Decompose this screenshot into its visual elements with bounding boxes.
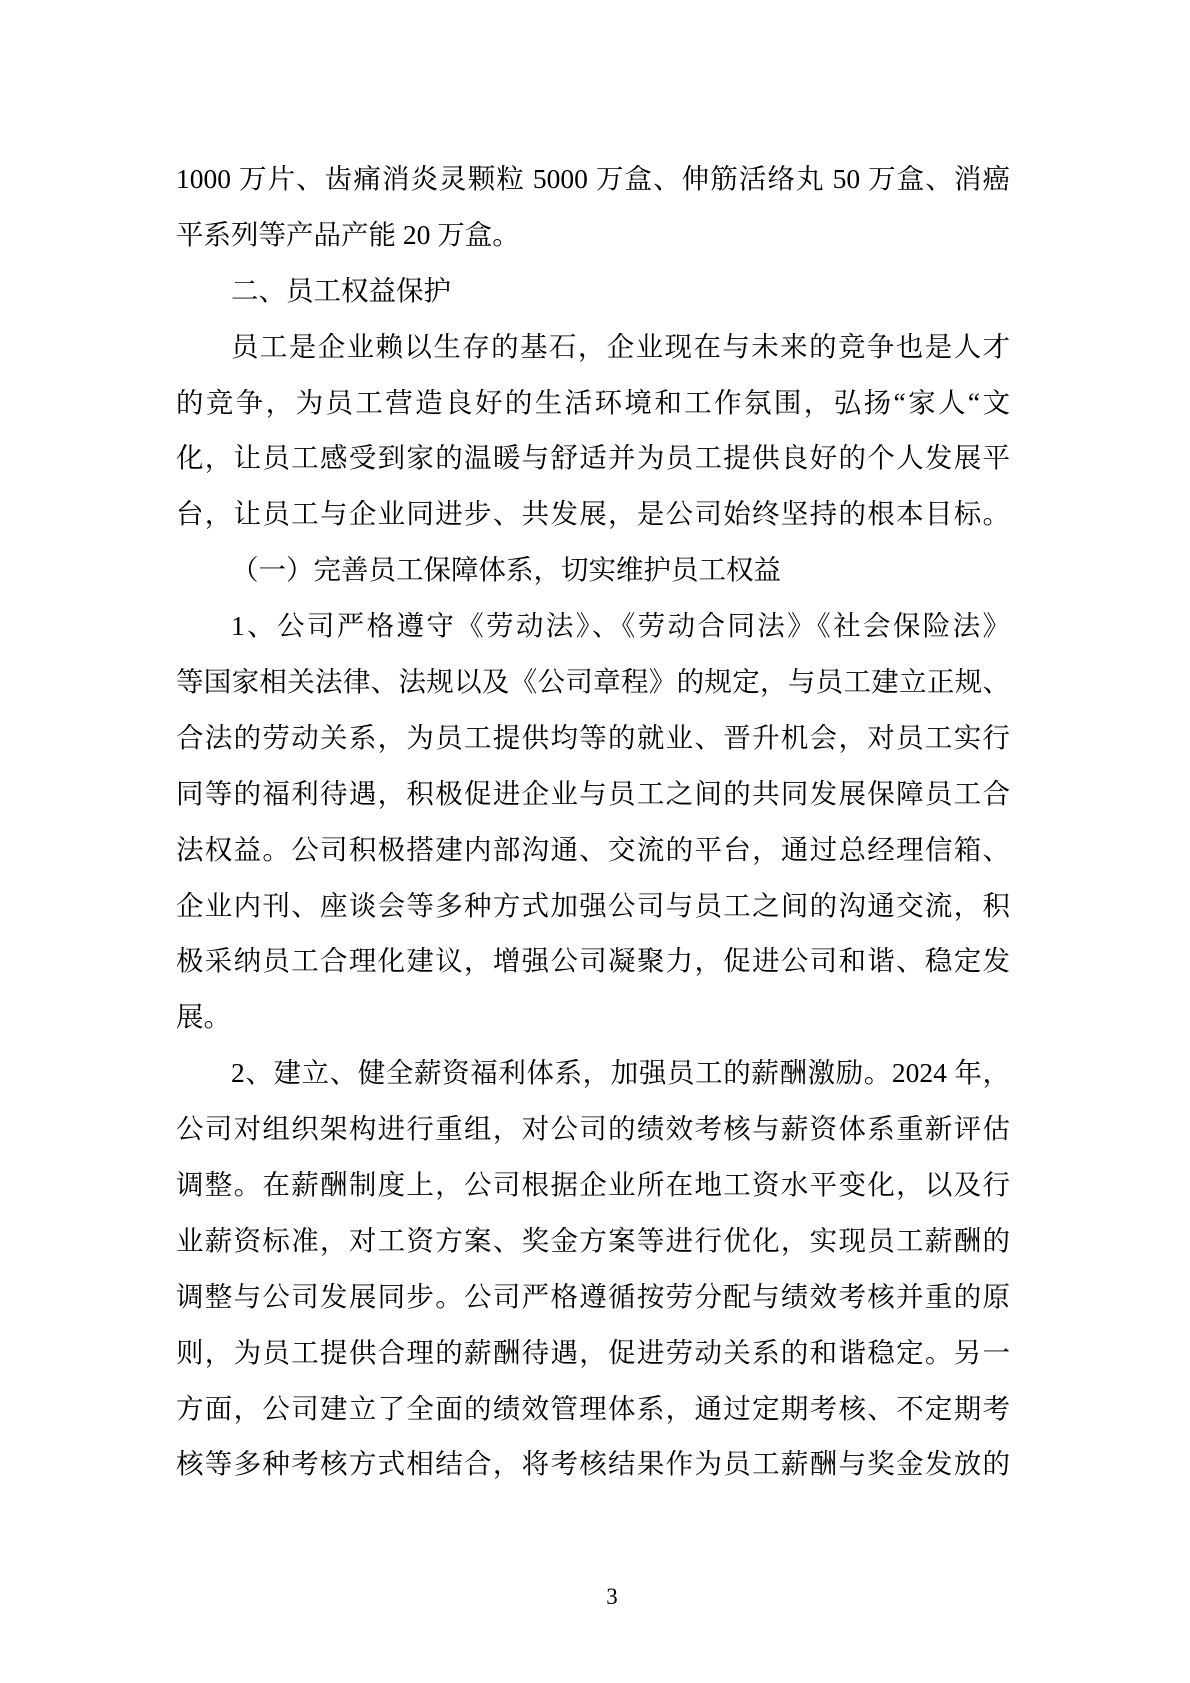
text-line: 化，让员工感受到家的温暖与舒适并为员工提供良好的个人发展平 <box>176 430 1010 486</box>
text-line: 同等的福利待遇，积极促进企业与员工之间的共同发展保障员工合 <box>176 766 1010 822</box>
text-block: 1000 万片、齿痛消炎灵颗粒 5000 万盒、伸筋活络丸 50 万盒、消癌平系… <box>176 151 1010 1492</box>
text-line: 则，为员工提供合理的薪酬待遇，促进劳动关系的和谐稳定。另一 <box>176 1325 1010 1381</box>
text-line: 1000 万片、齿痛消炎灵颗粒 5000 万盒、伸筋活络丸 50 万盒、消癌 <box>176 151 1010 207</box>
text-line: 员工是企业赖以生存的基石，企业现在与未来的竞争也是人才 <box>176 319 1010 375</box>
page-number: 3 <box>606 1584 618 1609</box>
text-line: 二、员工权益保护 <box>176 263 1010 319</box>
para-employee-foundation: 员工是企业赖以生存的基石，企业现在与未来的竞争也是人才的竞争，为员工营造良好的生… <box>176 319 1010 543</box>
text-line: 等国家相关法律、法规以及《公司章程》的规定，与员工建立正规、 <box>176 654 1010 710</box>
heading-employee-rights: 二、员工权益保护 <box>176 263 1010 319</box>
text-line: 企业内刊、座谈会等多种方式加强公司与员工之间的沟通交流，积 <box>176 878 1010 934</box>
text-line: 核等多种考核方式相结合，将考核结果作为员工薪酬与奖金发放的 <box>176 1436 1010 1492</box>
text-line: 法权益。公司积极搭建内部沟通、交流的平台，通过总经理信箱、 <box>176 822 1010 878</box>
text-line: 业薪资标准，对工资方案、奖金方案等进行优化，实现员工薪酬的 <box>176 1213 1010 1269</box>
text-line: 的竞争，为员工营造良好的生活环境和工作氛围，弘扬“家人“文 <box>176 375 1010 431</box>
page-number-footer: 3 <box>34 1584 1190 1609</box>
text-line: 1、公司严格遵守《劳动法》、《劳动合同法》《社会保险法》 <box>176 598 1010 654</box>
heading-guarantee-system: （一）完善员工保障体系，切实维护员工权益 <box>176 542 1010 598</box>
text-line: 极采纳员工合理化建议，增强公司凝聚力，促进公司和谐、稳定发 <box>176 933 1010 989</box>
text-line: 调整与公司发展同步。公司严格遵循按劳分配与绩效考核并重的原 <box>176 1269 1010 1325</box>
text-line: 平系列等产品产能 20 万盒。 <box>176 207 1010 263</box>
text-line: 公司对组织架构进行重组，对公司的绩效考核与薪资体系重新评估 <box>176 1101 1010 1157</box>
text-line: 展。 <box>176 989 1010 1045</box>
text-line: 合法的劳动关系，为员工提供均等的就业、晋升机会，对员工实行 <box>176 710 1010 766</box>
text-line: （一）完善员工保障体系，切实维护员工权益 <box>176 542 1010 598</box>
text-line: 调整。在薪酬制度上，公司根据企业所在地工资水平变化，以及行 <box>176 1157 1010 1213</box>
document-page: 1000 万片、齿痛消炎灵颗粒 5000 万盒、伸筋活络丸 50 万盒、消癌平系… <box>0 0 1190 1683</box>
text-line: 台，让员工与企业同进步、共发展，是公司始终坚持的根本目标。 <box>176 486 1010 542</box>
para-legal-compliance: 1、公司严格遵守《劳动法》、《劳动合同法》《社会保险法》等国家相关法律、法规以及… <box>176 598 1010 1045</box>
para-salary-welfare: 2、建立、健全薪资福利体系，加强员工的薪酬激励。2024 年，公司对组织架构进行… <box>176 1045 1010 1492</box>
text-line: 2、建立、健全薪资福利体系，加强员工的薪酬激励。2024 年， <box>176 1045 1010 1101</box>
para-production-capacity: 1000 万片、齿痛消炎灵颗粒 5000 万盒、伸筋活络丸 50 万盒、消癌平系… <box>176 151 1010 263</box>
text-line: 方面，公司建立了全面的绩效管理体系，通过定期考核、不定期考 <box>176 1381 1010 1437</box>
